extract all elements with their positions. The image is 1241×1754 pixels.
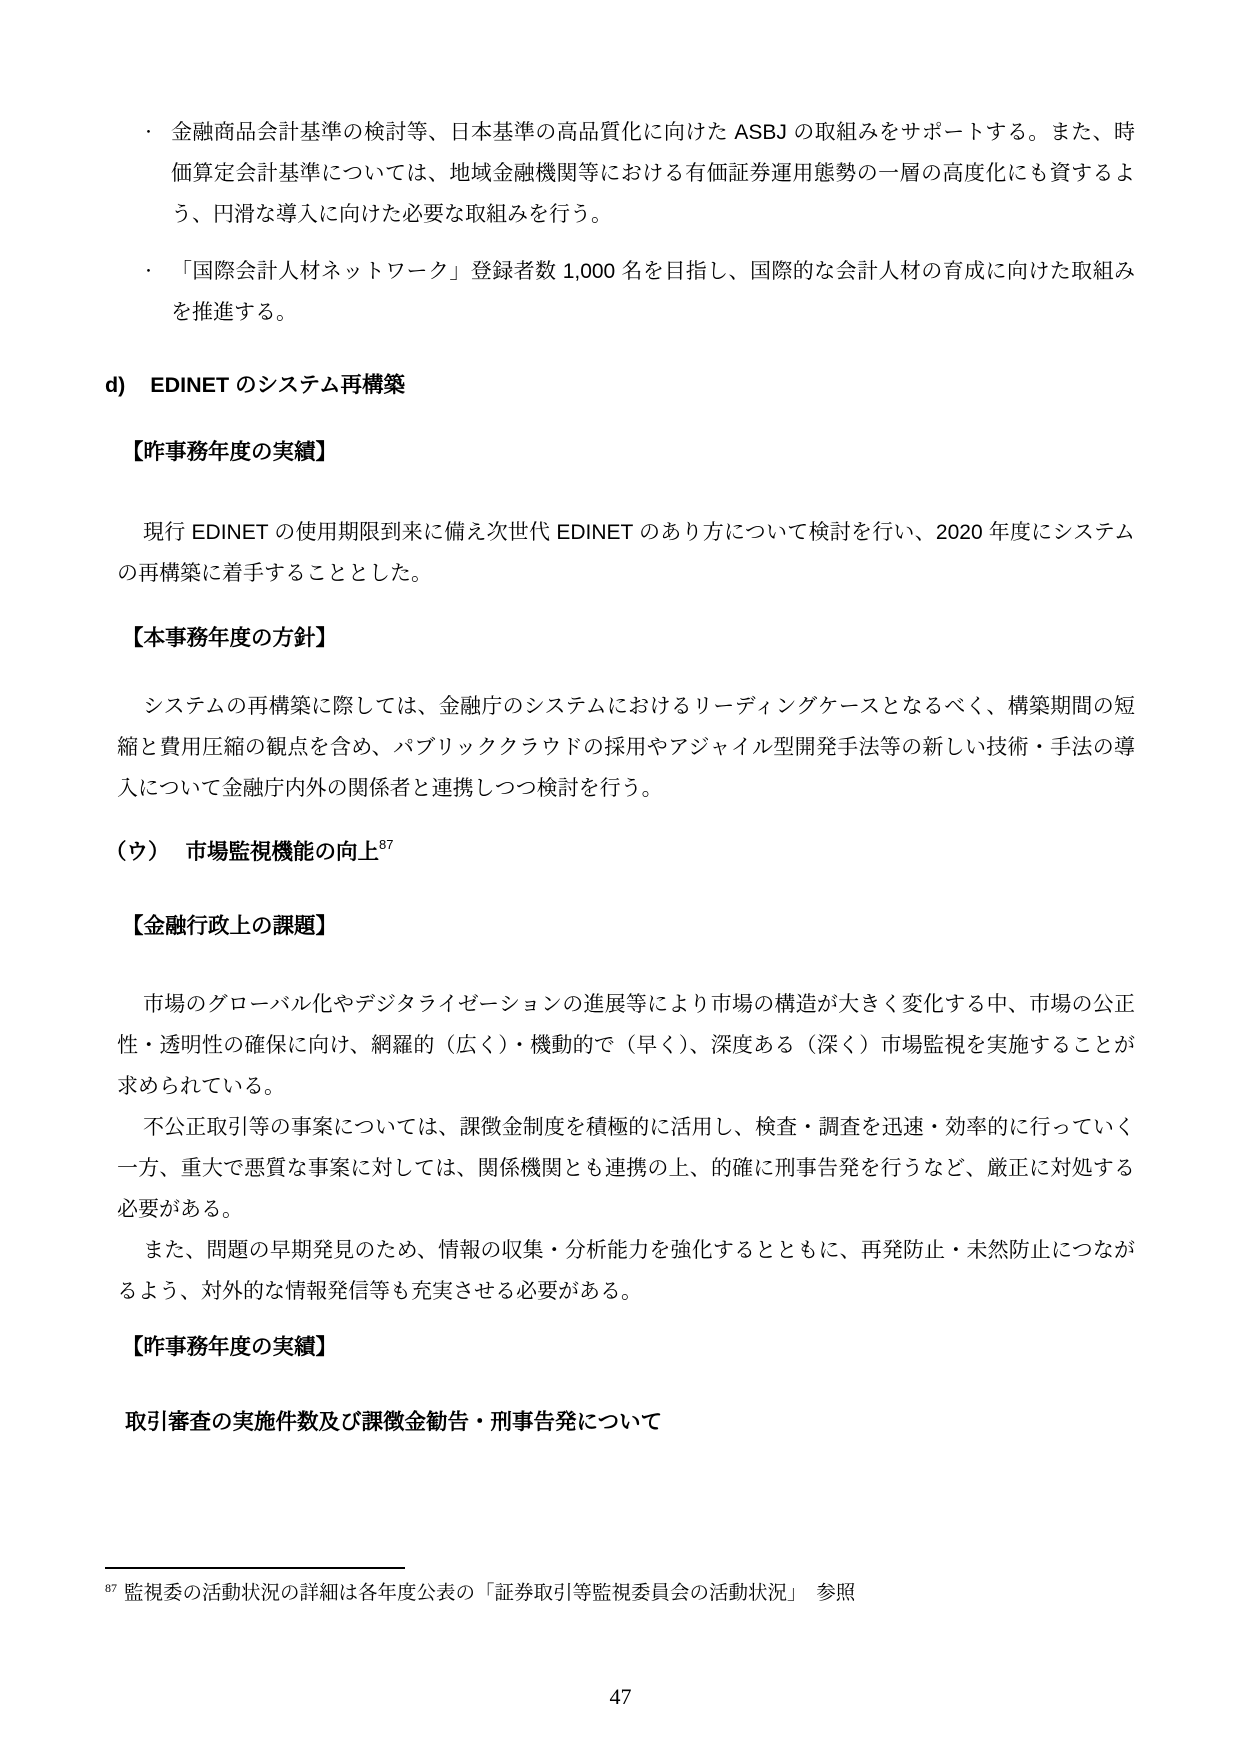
bullet-item-text: 金融商品会計基準の検討等、日本基準の高品質化に向けた ASBJ の取組みをサポー… bbox=[171, 112, 1135, 235]
footnote-separator-rule bbox=[105, 1567, 405, 1569]
issues-paragraph-2: 不公正取引等の事案については、課徴金制度を積極的に活用し、検査・調査を迅速・効率… bbox=[117, 1107, 1135, 1230]
list-item: ・ 「国際会計人材ネットワーク」登録者数 1,000 名を目指し、国際的な会計人… bbox=[141, 251, 1135, 333]
footnote-area: 87監視委の活動状況の詳細は各年度公表の「証券取引等監視委員会の活動状況」 参照 bbox=[105, 1567, 1135, 1609]
bullet-item-text: 「国際会計人材ネットワーク」登録者数 1,000 名を目指し、国際的な会計人材の… bbox=[171, 251, 1135, 333]
document-page: ・ 金融商品会計基準の検討等、日本基準の高品質化に向けた ASBJ の取組みをサ… bbox=[0, 0, 1241, 1754]
footnote-text: 監視委の活動状況の詳細は各年度公表の「証券取引等監視委員会の活動状況」 参照 bbox=[124, 1583, 855, 1604]
last-year-results-label: 【昨事務年度の実績】 bbox=[122, 432, 1135, 473]
last-year-results-label-2: 【昨事務年度の実績】 bbox=[122, 1327, 1135, 1368]
section-d-heading: d)EDINET のシステム再構築 bbox=[105, 365, 1135, 406]
issues-paragraph-3: また、問題の早期発見のため、情報の収集・分析能力を強化するとともに、再発防止・未… bbox=[117, 1230, 1135, 1312]
section-d-prefix: d) bbox=[105, 373, 125, 397]
results-subheading: 取引審査の実施件数及び課徴金勧告・刑事告発について bbox=[125, 1402, 1135, 1443]
section-wu-heading: （ウ）市場監視機能の向上87 bbox=[105, 832, 1135, 873]
this-year-policy-label: 【本事務年度の方針】 bbox=[122, 618, 1135, 659]
bullet-list: ・ 金融商品会計基準の検討等、日本基準の高品質化に向けた ASBJ の取組みをサ… bbox=[105, 112, 1135, 333]
footnote-reference: 87 bbox=[379, 837, 393, 852]
issues-paragraph-1: 市場のグローバル化やデジタライゼーションの進展等により市場の構造が大きく変化する… bbox=[117, 984, 1135, 1107]
section-wu-title: 市場監視機能の向上 bbox=[186, 840, 380, 864]
section-d-title: EDINET のシステム再構築 bbox=[150, 373, 405, 397]
footnote-marker: 87 bbox=[105, 1581, 117, 1595]
page-number: 47 bbox=[0, 1682, 1241, 1712]
bullet-icon: ・ bbox=[141, 112, 171, 153]
list-item: ・ 金融商品会計基準の検討等、日本基準の高品質化に向けた ASBJ の取組みをサ… bbox=[141, 112, 1135, 235]
section-wu-prefix: （ウ） bbox=[105, 840, 170, 864]
issues-label: 【金融行政上の課題】 bbox=[122, 906, 1135, 947]
bullet-icon: ・ bbox=[141, 251, 171, 292]
edinet-last-year-paragraph: 現行 EDINET の使用期限到来に備え次世代 EDINET のあり方について検… bbox=[117, 512, 1135, 594]
edinet-policy-paragraph: システムの再構築に際しては、金融庁のシステムにおけるリーディングケースとなるべく… bbox=[117, 686, 1135, 809]
footnote-text-line: 87監視委の活動状況の詳細は各年度公表の「証券取引等監視委員会の活動状況」 参照 bbox=[105, 1579, 1135, 1609]
